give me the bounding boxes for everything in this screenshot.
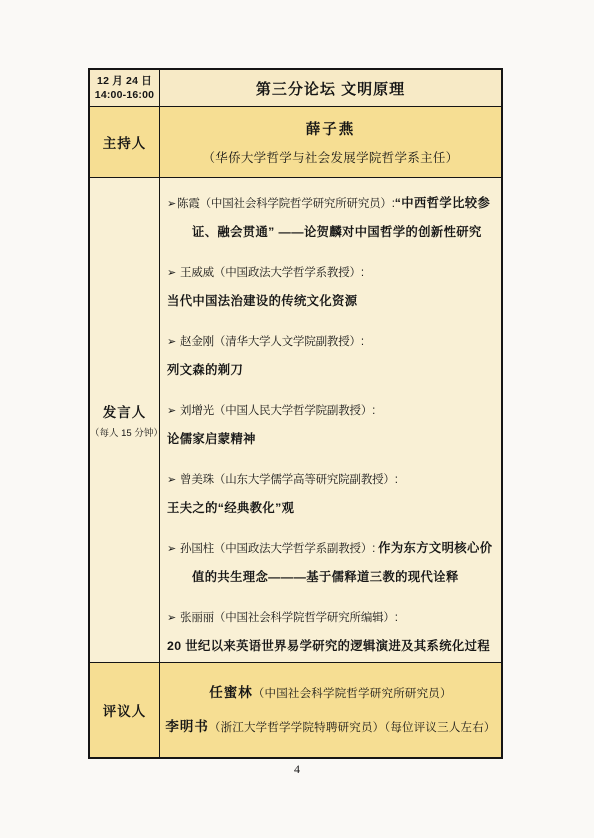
- speaker-intro: ➢ 王威威（中国政法大学哲学系教授）:: [167, 258, 495, 287]
- reviewer-name: 任蜜林: [209, 685, 253, 700]
- speaker-intro: ➢ 孙国柱（中国政法大学哲学系副教授）: 作为东方文明核心价: [167, 534, 495, 563]
- reviewer-affiliation: （浙江大学哲学学院特聘研究员）（每位评议三人左右）: [209, 722, 496, 734]
- speaker-entry: ➢陈霞（中国社会科学院哲学研究所研究员）:“中西哲学比较参 证、融会贯通” ——…: [167, 189, 495, 246]
- reviewers-label: 评议人: [103, 700, 147, 720]
- speaker-topic: 当代中国法治建设的传统文化资源: [167, 287, 495, 315]
- host-cell: 薛子燕 （华侨大学哲学与社会发展学院哲学系主任）: [160, 106, 501, 177]
- speaker-topic-start: 作为东方文明核心价: [378, 541, 492, 555]
- speaker-entry: ➢ 赵金刚（清华大学人文学院副教授）: 列文森的剃刀: [167, 327, 495, 384]
- speakers-label: 发言人: [103, 401, 147, 421]
- session-date: 12 月 24 日: [97, 74, 152, 88]
- host-label: 主持人: [103, 132, 147, 152]
- speaker-topic: 证、融会贯通” ——论贺麟对中国哲学的创新性研究: [167, 218, 495, 246]
- speaker-name-affiliation: 曾美珠（山东大学儒学高等研究院副教授）:: [177, 474, 398, 486]
- session-table: 12 月 24 日 14:00-16:00 第三分论坛 文明原理 主持人 薛子燕…: [88, 68, 503, 759]
- speaker-intro: ➢ 张丽丽（中国社会科学院哲学研究所编辑）:: [167, 603, 495, 632]
- arrowhead-bullet-icon: ➢: [167, 405, 176, 417]
- document-page: 12 月 24 日 14:00-16:00 第三分论坛 文明原理 主持人 薛子燕…: [0, 0, 594, 838]
- speaker-name-affiliation: 张丽丽（中国社会科学院哲学研究所编辑）:: [177, 612, 398, 624]
- speaker-topic: 列文森的剃刀: [167, 356, 495, 384]
- reviewer-affiliation: （中国社会科学院哲学研究所研究员）: [253, 688, 452, 700]
- speakers-note: （每人 15 分钟）: [90, 425, 159, 439]
- reviewer-line: 任蜜林（中国社会科学院哲学研究所研究员）: [209, 683, 451, 704]
- arrowhead-bullet-icon: ➢: [167, 543, 176, 555]
- host-name: 薛子燕: [306, 118, 356, 139]
- arrowhead-bullet-icon: ➢: [167, 612, 176, 624]
- speaker-name-affiliation: 孙国柱（中国政法大学哲学系副教授）:: [177, 543, 378, 555]
- speakers-label-cell: 发言人 （每人 15 分钟）: [90, 177, 160, 662]
- arrowhead-bullet-icon: ➢: [167, 336, 176, 348]
- page-number: 4: [0, 762, 594, 777]
- host-affiliation: （华侨大学哲学与社会发展学院哲学系主任）: [202, 148, 458, 166]
- speaker-topic: 王夫之的“经典教化”观: [167, 494, 495, 522]
- reviewer-name: 李明书: [165, 719, 209, 734]
- reviewer-line: 李明书（浙江大学哲学学院特聘研究员）（每位评议三人左右）: [165, 717, 495, 738]
- reviewers-label-cell: 评议人: [90, 662, 160, 757]
- session-title-cell: 第三分论坛 文明原理: [160, 70, 501, 106]
- speaker-topic: 论儒家启蒙精神: [167, 425, 495, 453]
- arrowhead-bullet-icon: ➢: [167, 267, 176, 279]
- speaker-intro: ➢ 刘增光（中国人民大学哲学院副教授）:: [167, 396, 495, 425]
- speaker-name-affiliation: 王威威（中国政法大学哲学系教授）:: [177, 267, 364, 279]
- speaker-topic: 值的共生理念———基于儒释道三教的现代诠释: [167, 563, 495, 591]
- speaker-intro: ➢ 赵金刚（清华大学人文学院副教授）:: [167, 327, 495, 356]
- speaker-entry: ➢ 孙国柱（中国政法大学哲学系副教授）: 作为东方文明核心价 值的共生理念———…: [167, 534, 495, 591]
- host-label-cell: 主持人: [90, 106, 160, 177]
- speaker-entry: ➢ 张丽丽（中国社会科学院哲学研究所编辑）: 20 世纪以来英语世界易学研究的逻…: [167, 603, 495, 660]
- session-datetime-cell: 12 月 24 日 14:00-16:00: [90, 70, 160, 106]
- speaker-entry: ➢ 曾美珠（山东大学儒学高等研究院副教授）: 王夫之的“经典教化”观: [167, 465, 495, 522]
- arrowhead-bullet-icon: ➢: [167, 198, 176, 210]
- speaker-topic-start: “中西哲学比较参: [395, 196, 490, 210]
- reviewers-cell: 任蜜林（中国社会科学院哲学研究所研究员） 李明书（浙江大学哲学学院特聘研究员）（…: [160, 662, 501, 757]
- session-title: 第三分论坛 文明原理: [256, 78, 405, 99]
- session-time: 14:00-16:00: [95, 88, 154, 102]
- speaker-name-affiliation: 赵金刚（清华大学人文学院副教授）:: [177, 336, 364, 348]
- speaker-intro: ➢陈霞（中国社会科学院哲学研究所研究员）:“中西哲学比较参: [167, 189, 495, 218]
- speaker-name-affiliation: 刘增光（中国人民大学哲学院副教授）:: [177, 405, 375, 417]
- speakers-cell: ➢陈霞（中国社会科学院哲学研究所研究员）:“中西哲学比较参 证、融会贯通” ——…: [160, 177, 501, 662]
- speaker-topic: 20 世纪以来英语世界易学研究的逻辑演进及其系统化过程: [167, 632, 495, 660]
- speaker-entry: ➢ 王威威（中国政法大学哲学系教授）: 当代中国法治建设的传统文化资源: [167, 258, 495, 315]
- speaker-entry: ➢ 刘增光（中国人民大学哲学院副教授）: 论儒家启蒙精神: [167, 396, 495, 453]
- speaker-intro: ➢ 曾美珠（山东大学儒学高等研究院副教授）:: [167, 465, 495, 494]
- speaker-name-affiliation: 陈霞（中国社会科学院哲学研究所研究员）:: [177, 198, 395, 210]
- arrowhead-bullet-icon: ➢: [167, 474, 176, 486]
